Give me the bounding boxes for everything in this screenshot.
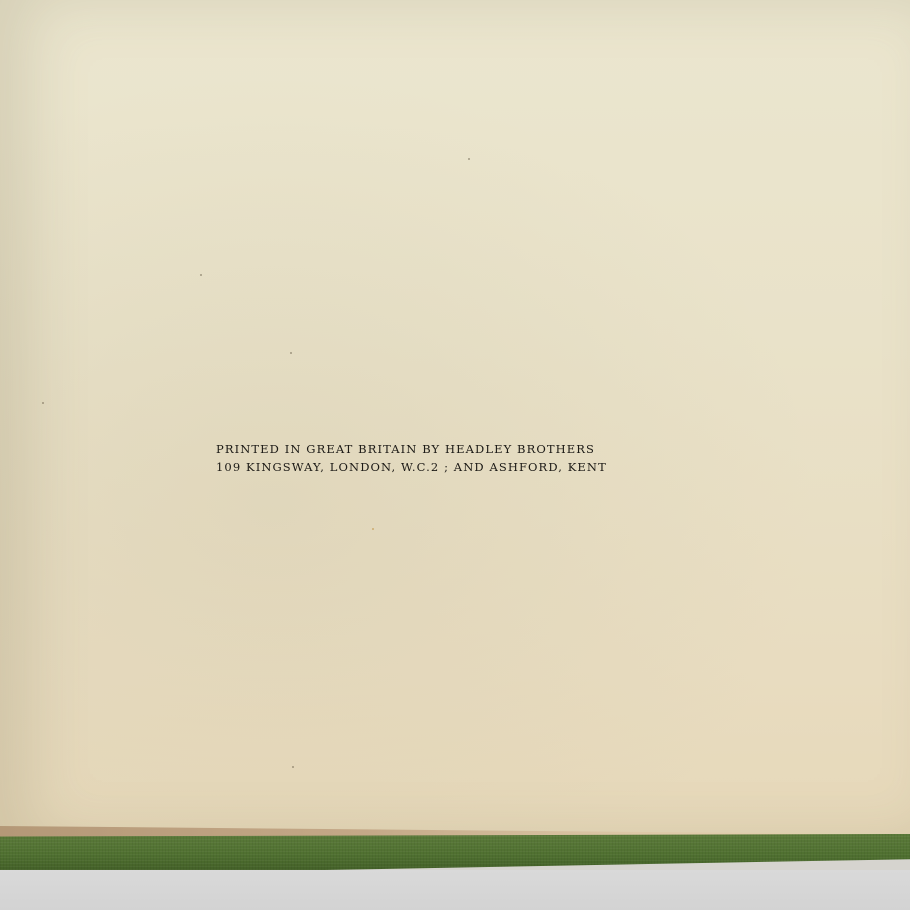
book-page: PRINTED IN GREAT BRITAIN BY HEADLEY BROT…: [0, 0, 910, 840]
paper-speck: [200, 274, 202, 276]
paper-speck: [372, 528, 374, 530]
paper-speck: [290, 352, 292, 354]
printer-imprint: PRINTED IN GREAT BRITAIN BY HEADLEY BROT…: [216, 440, 607, 476]
paper-speck: [292, 766, 294, 768]
imprint-line-1: PRINTED IN GREAT BRITAIN BY HEADLEY BROT…: [216, 440, 607, 458]
paper-speck: [468, 158, 470, 160]
imprint-line-2: 109 KINGSWAY, LONDON, W.C.2 ; AND ASHFOR…: [216, 458, 607, 476]
paper-speck: [42, 402, 44, 404]
table-surface: [0, 870, 910, 910]
